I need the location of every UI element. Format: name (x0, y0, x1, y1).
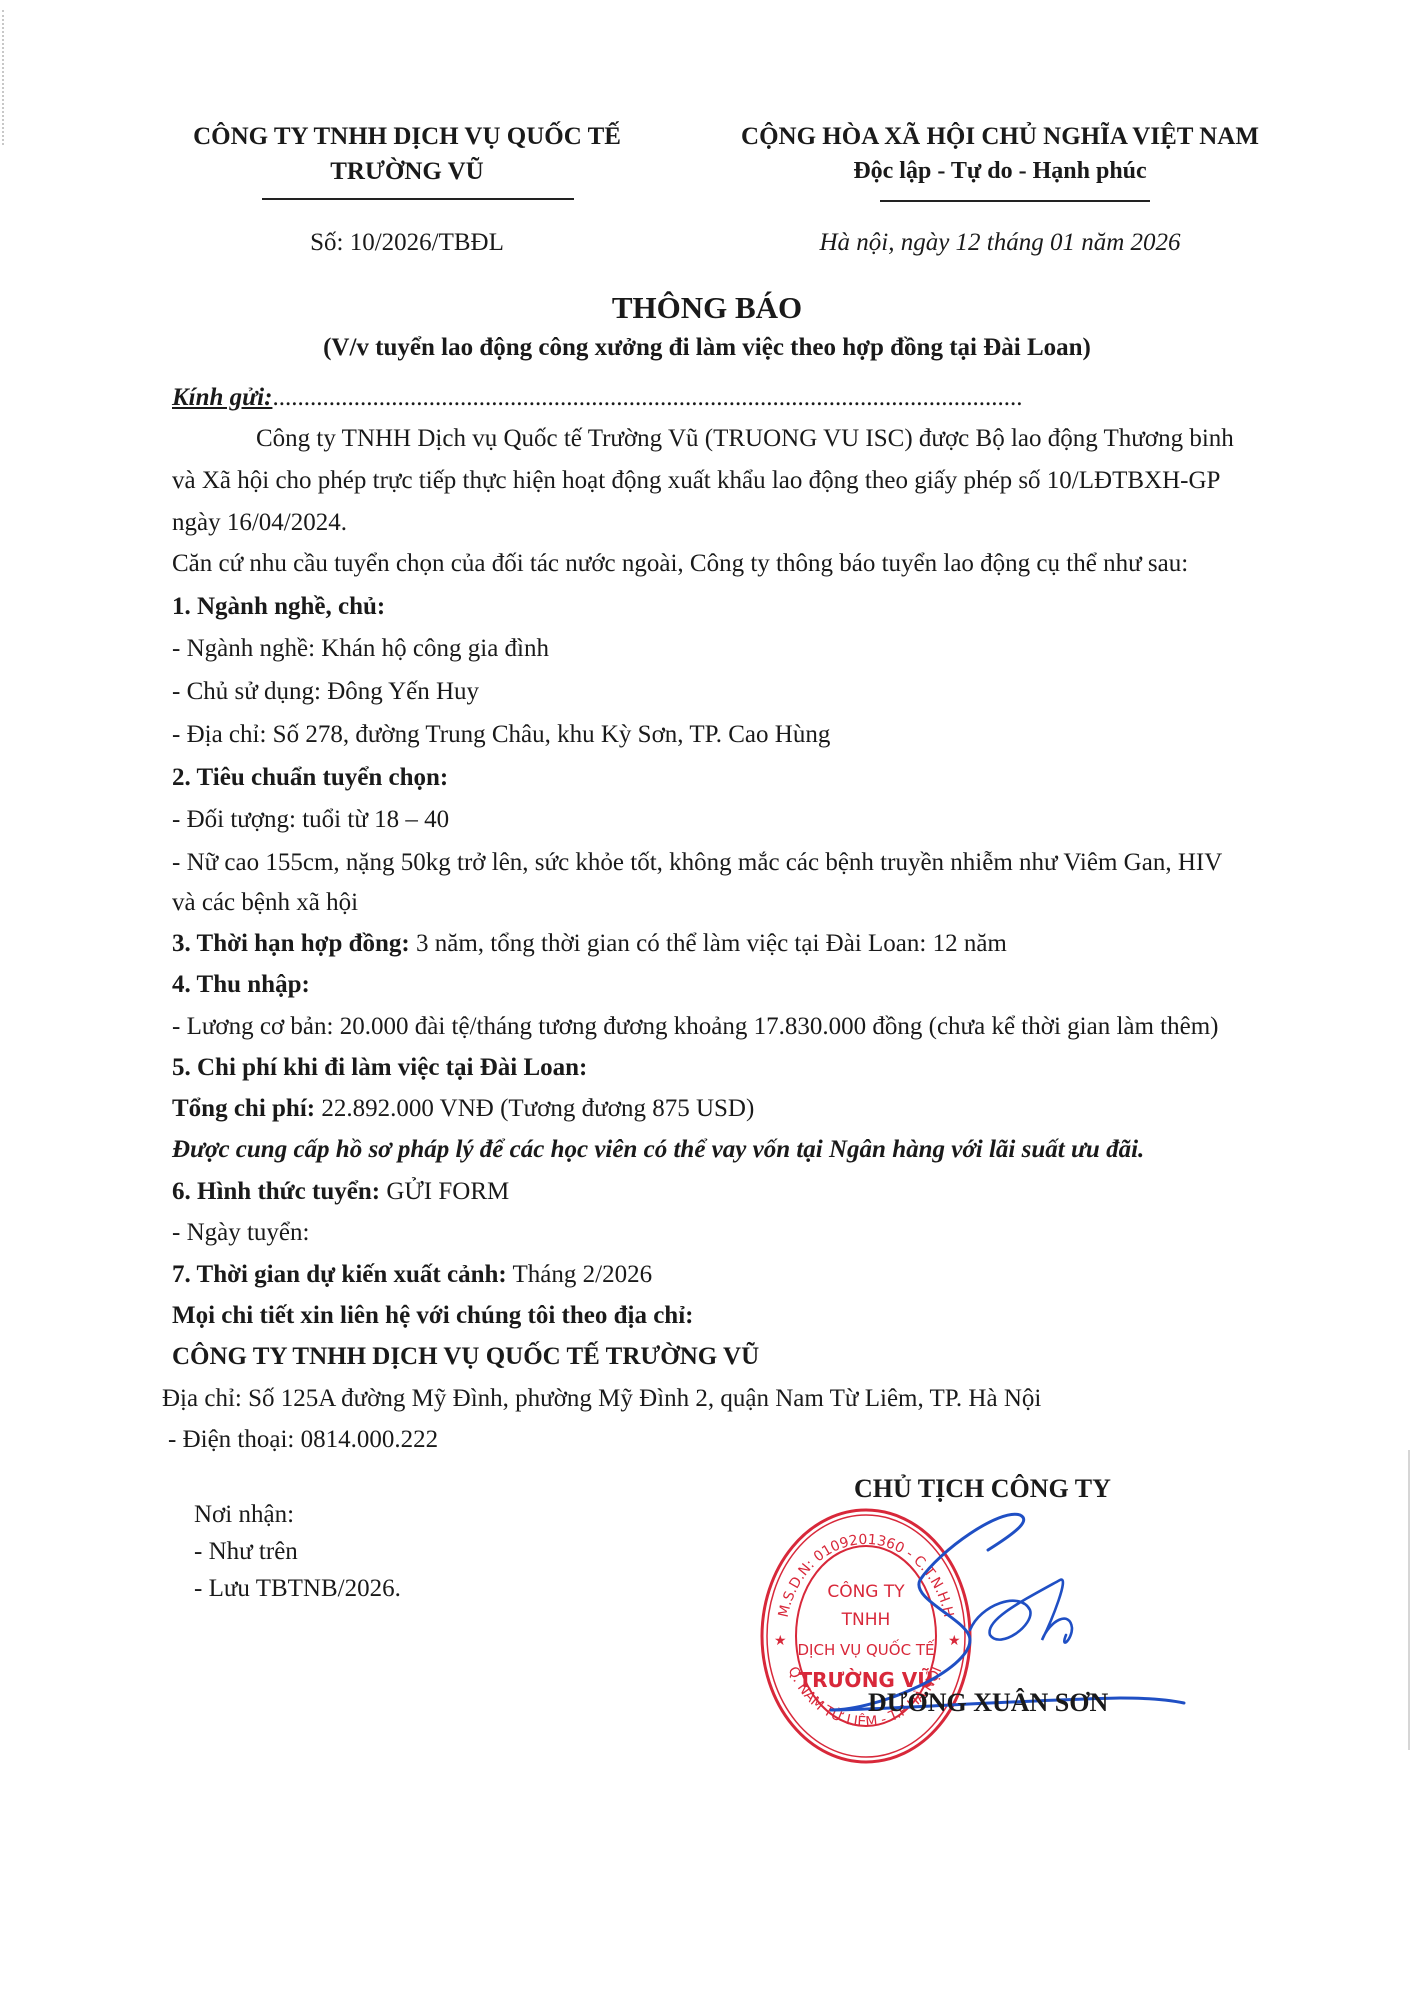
section-7-value: Tháng 2/2026 (507, 1261, 652, 1288)
section-7-heading: 7. Thời gian dự kiến xuất cảnh: (172, 1261, 507, 1288)
nation-line1: CỘNG HÒA XÃ HỘI CHỦ NGHĨA VIỆT NAM (700, 123, 1300, 151)
signer-title: CHỦ TỊCH CÔNG TY (854, 1474, 1111, 1504)
signer-name: DƯƠNG XUÂN SƠN (868, 1688, 1108, 1718)
section-6: 6. Hình thức tuyển: GỬI FORM (172, 1177, 509, 1207)
section-1-item: - Địa chỉ: Số 278, đường Trung Châu, khu… (172, 720, 830, 750)
contact-address: Địa chỉ: Số 125A đường Mỹ Đình, phường M… (162, 1384, 1041, 1414)
document-subject: (V/v tuyển lao động công xưởng đi làm vi… (0, 334, 1414, 362)
recipients-label: Nơi nhận: (194, 1500, 294, 1530)
section-1-item: - Ngành nghề: Khán hộ công gia đình (172, 634, 549, 664)
contact-phone: - Điện thoại: 0814.000.222 (168, 1425, 438, 1455)
svg-text:★: ★ (774, 1634, 787, 1649)
section-5-total: Tổng chi phí: 22.892.000 VNĐ (Tương đươn… (172, 1094, 754, 1124)
document-title: THÔNG BÁO (0, 290, 1414, 326)
scan-edge-right (1408, 1450, 1410, 1750)
section-5-heading: 5. Chi phí khi đi làm việc tại Đài Loan: (172, 1053, 587, 1083)
loan-note: Được cung cấp hồ sơ pháp lý để các học v… (172, 1135, 1144, 1165)
section-2-item: và các bệnh xã hội (172, 888, 358, 918)
document-number: Số: 10/2026/TBĐL (148, 228, 666, 258)
place-date: Hà nội, ngày 12 tháng 01 năm 2026 (700, 228, 1300, 258)
total-cost-label: Tổng chi phí: (172, 1095, 315, 1122)
section-7: 7. Thời gian dự kiến xuất cảnh: Tháng 2/… (172, 1260, 652, 1290)
contact-intro: Mọi chi tiết xin liên hệ với chúng tôi t… (172, 1301, 693, 1331)
org-name-line1: CÔNG TY TNHH DỊCH VỤ QUỐC TẾ (148, 123, 666, 151)
document-page: CÔNG TY TNHH DỊCH VỤ QUỐC TẾ TRƯỜNG VŨ C… (0, 0, 1414, 2000)
section-3-value: 3 năm, tổng thời gian có thể làm việc tạ… (410, 930, 1007, 957)
intro-line4: Căn cứ nhu cầu tuyển chọn của đối tác nư… (172, 549, 1188, 579)
salutation-dots: ........................................… (272, 384, 1022, 411)
intro-line1: Công ty TNHH Dịch vụ Quốc tế Trường Vũ (… (256, 424, 1234, 454)
section-3-heading: 3. Thời hạn hợp đồng: (172, 930, 410, 957)
section-4-item: - Lương cơ bản: 20.000 đài tệ/tháng tươn… (172, 1012, 1219, 1042)
section-3: 3. Thời hạn hợp đồng: 3 năm, tổng thời g… (172, 929, 1007, 959)
recruit-date: - Ngày tuyển: (172, 1218, 309, 1248)
recipient-item: - Lưu TBTNB/2026. (194, 1574, 401, 1604)
salutation-label: Kính gửi: (172, 384, 272, 411)
section-6-heading: 6. Hình thức tuyển: (172, 1178, 380, 1205)
intro-line3: ngày 16/04/2024. (172, 508, 347, 538)
org-underline (262, 198, 574, 200)
section-4-heading: 4. Thu nhập: (172, 970, 310, 1000)
scan-edge-left (2, 10, 6, 145)
section-2-item: - Đối tượng: tuổi từ 18 – 40 (172, 805, 449, 835)
org-name-line2: TRƯỜNG VŨ (148, 158, 666, 186)
section-6-value: GỬI FORM (380, 1178, 509, 1205)
section-1-item: - Chủ sử dụng: Đông Yến Huy (172, 677, 479, 707)
nation-motto: Độc lập - Tự do - Hạnh phúc (700, 158, 1300, 185)
recipient-item: - Như trên (194, 1537, 298, 1567)
section-2-heading: 2. Tiêu chuẩn tuyển chọn: (172, 763, 448, 793)
section-1-heading: 1. Ngành nghề, chủ: (172, 592, 385, 622)
total-cost-value: 22.892.000 VNĐ (Tương đương 875 USD) (315, 1095, 754, 1122)
contact-company: CÔNG TY TNHH DỊCH VỤ QUỐC TẾ TRƯỜNG VŨ (172, 1342, 759, 1372)
intro-line2: và Xã hội cho phép trực tiếp thực hiện h… (172, 466, 1220, 496)
section-2-item: - Nữ cao 155cm, nặng 50kg trở lên, sức k… (172, 848, 1222, 878)
salutation: Kính gửi:...............................… (172, 383, 1022, 413)
motto-underline (880, 200, 1150, 202)
